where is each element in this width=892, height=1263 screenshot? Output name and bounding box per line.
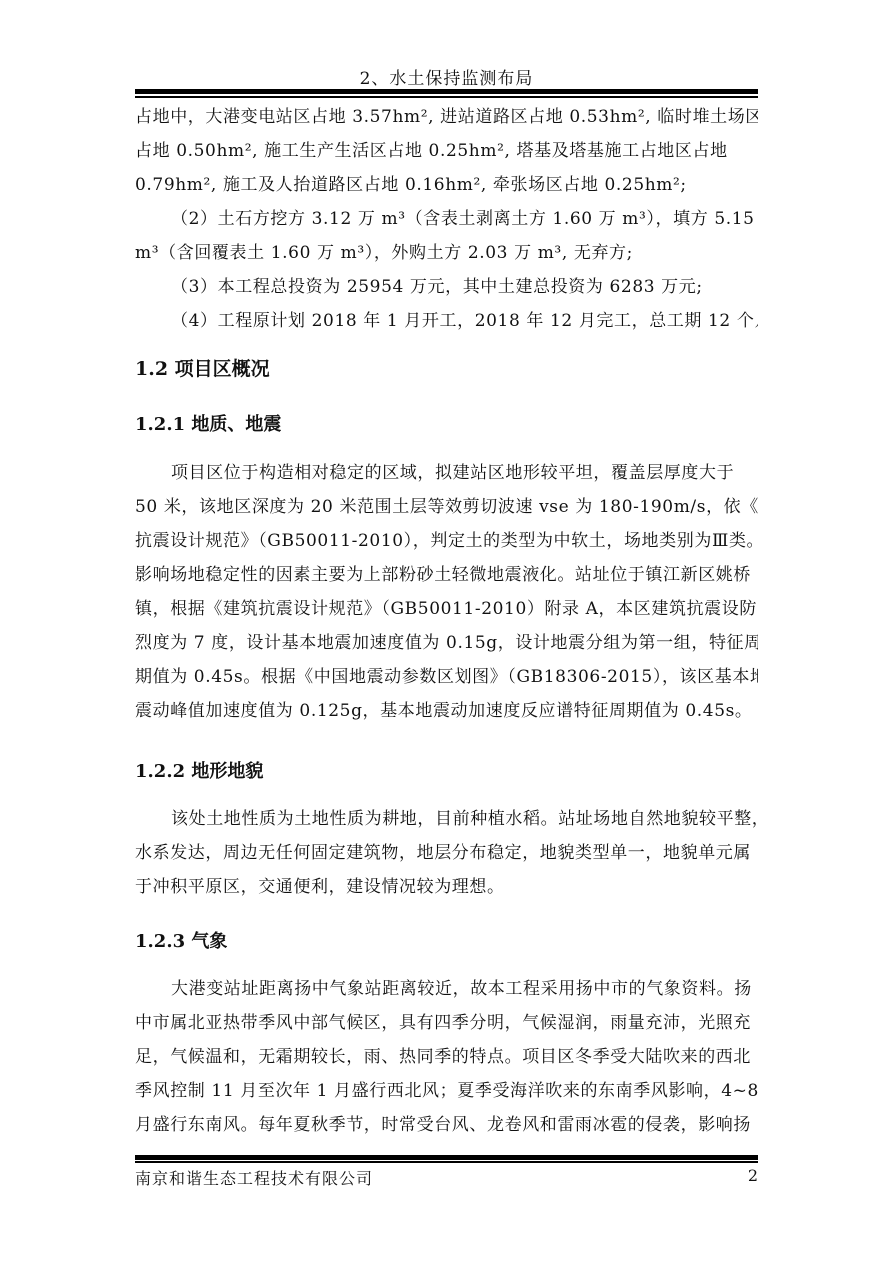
text-line: 占地 0.50hm², 施工生产生活区占地 0.25hm², 塔基及塔基施工占地… <box>135 134 758 168</box>
text-line: 0.79hm², 施工及人抬道路区占地 0.16hm², 牵张场区占地 0.25… <box>135 168 758 202</box>
header-rule-thin <box>135 96 758 98</box>
text-line: 中市属北亚热带季风中部气候区，具有四季分明，气候湿润，雨量充沛，光照充 <box>135 1006 758 1040</box>
section-heading-1-2: 1.2 项目区概况 <box>135 354 270 381</box>
text-line: 该处土地性质为土地性质为耕地，目前种植水稻。站址场地自然地貌较平整， <box>135 802 758 836</box>
paragraph-climate: 大港变站址距离扬中气象站距离较近，故本工程采用扬中市的气象资料。扬 中市属北亚热… <box>135 972 758 1142</box>
section-heading-1-2-3: 1.2.3 气象 <box>135 927 227 953</box>
text-line: 期值为 0.45s。根据《中国地震动参数区划图》（GB18306-2015），该… <box>135 660 758 694</box>
running-header-title: 2、水土保持监测布局 <box>135 64 758 89</box>
text-line: 月盛行东南风。每年夏秋季节，时常受台风、龙卷风和雷雨冰雹的侵袭，影响扬 <box>135 1108 758 1142</box>
paragraph-geology: 项目区位于构造相对稳定的区域，拟建站区地形较平坦，覆盖层厚度大于 50 米，该地… <box>135 456 758 728</box>
text-line: （3）本工程总投资为 25954 万元，其中土建总投资为 6283 万元; <box>135 270 758 304</box>
text-line: 于冲积平原区，交通便利，建设情况较为理想。 <box>135 870 758 904</box>
list-item-3: （3）本工程总投资为 25954 万元，其中土建总投资为 6283 万元; <box>135 270 758 304</box>
text-line: m³（含回覆表土 1.60 万 m³），外购土方 2.03 万 m³, 无弃方; <box>135 236 758 270</box>
footer-rule-thick <box>135 1155 758 1160</box>
text-line: （4）工程原计划 2018 年 1 月开工，2018 年 12 月完工，总工期 … <box>135 304 758 338</box>
section-heading-1-2-2: 1.2.2 地形地貌 <box>135 757 263 783</box>
text-line: 占地中，大港变电站区占地 3.57hm², 进站道路区占地 0.53hm², 临… <box>135 100 758 134</box>
text-line: （2）土石方挖方 3.12 万 m³（含表土剥离土方 1.60 万 m³），填方… <box>135 202 758 236</box>
text-line: 50 米，该地区深度为 20 米范围土层等效剪切波速 vse 为 180-190… <box>135 490 758 524</box>
header-rule-thick <box>135 89 758 94</box>
text-line: 足，气候温和，无霜期较长，雨、热同季的特点。项目区冬季受大陆吹来的西北 <box>135 1040 758 1074</box>
footer-company-name: 南京和谐生态工程技术有限公司 <box>135 1166 373 1189</box>
list-item-2: （2）土石方挖方 3.12 万 m³（含表土剥离土方 1.60 万 m³），填方… <box>135 202 758 270</box>
footer-rule-thin <box>135 1161 758 1163</box>
page-number: 2 <box>748 1166 758 1185</box>
text-line: 影响场地稳定性的因素主要为上部粉砂土轻微地震液化。站址位于镇江新区姚桥 <box>135 558 758 592</box>
text-line: 大港变站址距离扬中气象站距离较近，故本工程采用扬中市的气象资料。扬 <box>135 972 758 1006</box>
text-line: 镇，根据《建筑抗震设计规范》（GB50011-2010）附录 A，本区建筑抗震设… <box>135 592 758 626</box>
list-item-4: （4）工程原计划 2018 年 1 月开工，2018 年 12 月完工，总工期 … <box>135 304 758 338</box>
text-line: 水系发达，周边无任何固定建筑物，地层分布稳定，地貌类型单一，地貌单元属 <box>135 836 758 870</box>
paragraph-landform: 该处土地性质为土地性质为耕地，目前种植水稻。站址场地自然地貌较平整， 水系发达，… <box>135 802 758 904</box>
text-line: 季风控制 11 月至次年 1 月盛行西北风；夏季受海洋吹来的东南季风影响，4~8 <box>135 1074 758 1108</box>
section-heading-1-2-1: 1.2.1 地质、地震 <box>135 410 281 436</box>
text-line: 烈度为 7 度，设计基本地震加速度值为 0.15g，设计地震分组为第一组，特征周 <box>135 626 758 660</box>
text-line: 项目区位于构造相对稳定的区域，拟建站区地形较平坦，覆盖层厚度大于 <box>135 456 758 490</box>
intro-continuation-paragraph: 占地中，大港变电站区占地 3.57hm², 进站道路区占地 0.53hm², 临… <box>135 100 758 202</box>
document-page: 2、水土保持监测布局 占地中，大港变电站区占地 3.57hm², 进站道路区占地… <box>135 0 758 1263</box>
text-line: 震动峰值加速度值为 0.125g，基本地震动加速度反应谱特征周期值为 0.45s… <box>135 694 758 728</box>
text-line: 抗震设计规范》（GB50011-2010），判定土的类型为中软土，场地类别为Ⅲ类… <box>135 524 758 558</box>
